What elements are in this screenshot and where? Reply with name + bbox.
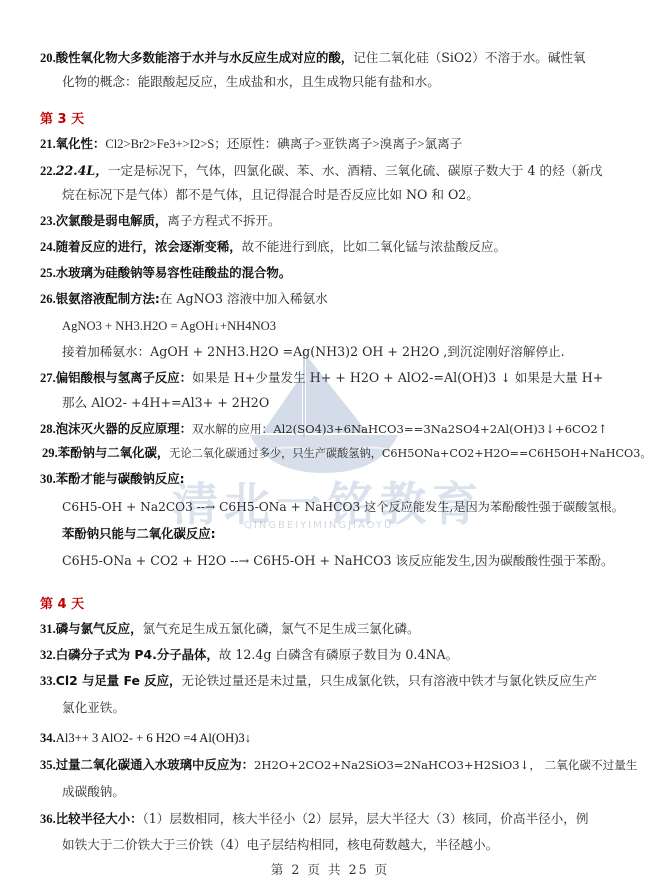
item-33: 33.Cl2 与足量 Fe 反应，无论铁过量还是未过量，只生成氯化铁，只有溶液中… [40,673,597,689]
item-30-equation-2: C6H5-ONa + CO2 + H2O --→ C6H5-OH + NaHCO… [62,553,614,569]
item-23: 23.次氯酸是弱电解质，离子方程式不拆开。 [40,213,281,229]
item-32: 32.白磷分子式为 P4.分子晶体，故 12.4g 白磷含有磷原子数目为 0.4… [40,647,458,663]
page-number-footer: 第 2 页 共 25 页 [0,859,660,878]
item-20: 20.酸性氧化物大多数能溶于水并与水反应生成对应的酸，记住二氧化硅（SiO2）不… [40,50,586,66]
day-4-heading: 第 4 天 [40,593,84,612]
item-22: 22.22.4L，一定是标况下，气体，四氯化碳、苯、水、酒精、三氧化硫、碳原子数… [40,163,602,179]
document-page: 清北一铭教育 QINGBEIYIMINGJIAOYU 20.酸性氧化物大多数能溶… [0,0,660,880]
item-30-subheading: 苯酚钠只能与二氧化碳反应: [62,526,216,542]
item-30: 30.苯酚才能与碳酸钠反应: [40,471,185,487]
item-27-continued: 那么 AlO2- +4H+=Al3+ + 2H2O [62,395,269,411]
item-20-continued: 化物的概念：能跟酸起反应，生成盐和水，且生成物只能有盐和水。 [62,74,440,90]
item-35-continued: 成碳酸钠。 [62,784,125,800]
item-36-continued: 如铁大于二价铁大于三价铁（4）电子层结构相同，核电荷数越大，半径越小。 [62,837,498,853]
item-24: 24.随着反应的进行，浓会逐渐变稀，故不能进行到底，比如二氧化锰与浓盐酸反应。 [40,239,506,255]
item-21: 21.氧化性：Cl2>Br2>Fe3+>I2>S；还原性：碘离子>亚铁离子>溴离… [40,136,462,152]
item-31: 31.磷与氯气反应，氯气充足生成五氯化磷，氯气不足生成三氯化磷。 [40,621,420,637]
item-29: 29.苯酚钠与二氧化碳，无论二氧化碳通过多少，只生产碳酸氢钠，C6H5ONa+C… [42,445,652,462]
watermark-subtext: QINGBEIYIMINGJIAOYU [244,520,393,531]
item-35: 35.过量二氧化碳通入水玻璃中反应为：2H2O+2CO2+Na2SiO3=2Na… [40,757,637,773]
item-26-equation-2: 接着加稀氨水：AgOH + 2NH3.H2O =Ag(NH3)2 OH + 2H… [62,344,565,360]
item-22-continued: 烷在标况下是气体）都不是气体，且记得混合时是否反应比如 NO 和 O2。 [62,187,479,203]
item-30-equation-1: C6H5-OH + Na2CO3 --→ C6H5-ONa + NaHCO3 这… [62,499,624,515]
item-25: 25.水玻璃为硅酸钠等易容性硅酸盐的混合物。 [40,265,291,281]
item-33-continued: 氯化亚铁。 [62,700,125,716]
item-27: 27.偏铝酸根与氢离子反应：如果是 H+少量发生 H+ + H2O + AlO2… [40,370,603,386]
item-28: 28.泡沫灭火器的反应原理：双水解的应用：Al2(SO4)3+6NaHCO3==… [40,421,607,437]
item-34: 34.Al3++ 3 AlO2- + 6 H2O =4 Al(OH)3↓ [40,730,251,746]
day-3-heading: 第 3 天 [40,108,84,127]
item-26-equation-1: AgNO3 + NH3.H2O = AgOH↓+NH4NO3 [62,318,276,334]
item-36: 36.比较半径大小：（1）层数相同，核大半径小（2）层异，层大半径大（3）核同，… [40,811,588,827]
item-26: 26.银氨溶液配制方法:在 AgNO3 溶液中加入稀氨水 [40,291,328,307]
